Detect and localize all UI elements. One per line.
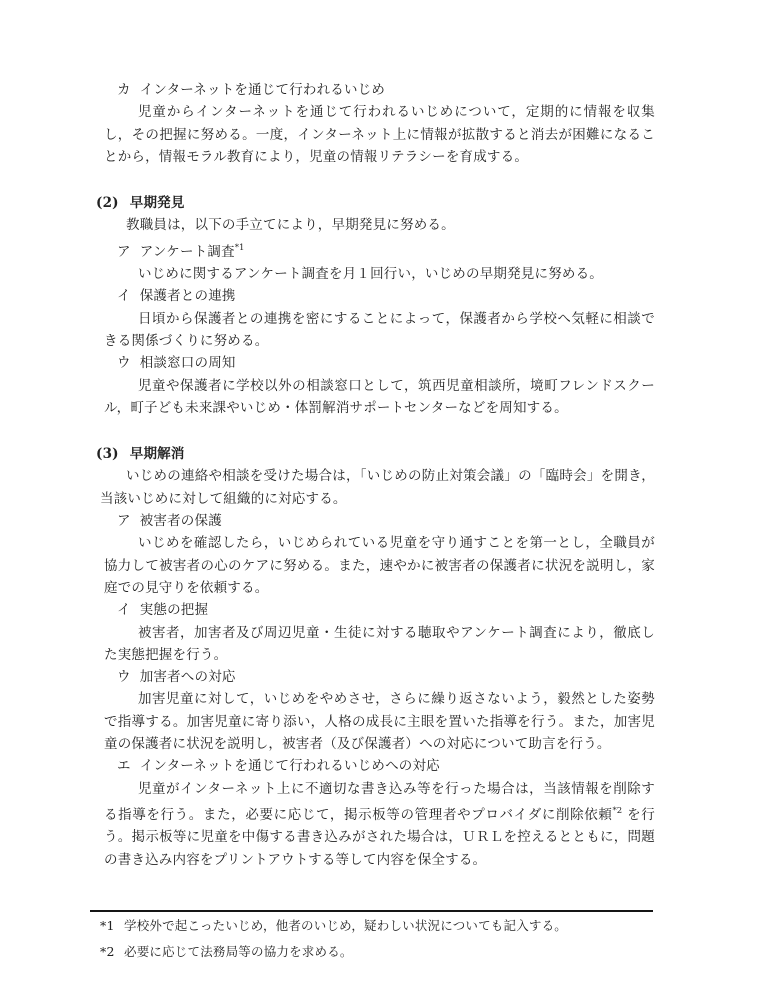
item-label: イ [117, 285, 131, 307]
item-label: イ [117, 599, 131, 621]
item-a-paragraph: いじめに関するアンケート調査を月１回行い，いじめの早期発見に努める。 [104, 263, 655, 285]
item-title: インターネットを通じて行われるいじめへの対応 [140, 758, 440, 774]
section-title: 早期解消 [130, 446, 185, 462]
footnote-2: *2必要に応じて法務局等の協力を求める。 [100, 939, 645, 965]
item-label: カ [117, 79, 131, 101]
item-u-paragraph: 加害児童に対して，いじめをやめさせ，さらに繰り返さないよう，毅然とした姿勢で指導… [104, 688, 655, 755]
footnotes: *1学校外で起こったいじめ，他者のいじめ，疑わしい状況についても記入する。 *2… [100, 913, 645, 965]
section-2: (2)早期発見 教職員は，以下の手立てにより，早期発見に努める。 アアンケート調… [96, 192, 655, 419]
section-3-intro: いじめの連絡や相談を受けた場合は，「いじめの防止対策会議」の「臨時会」を開き，当… [100, 465, 655, 510]
footnote-marker: *1 [100, 913, 124, 939]
section-2-intro: 教職員は，以下の手立てにより，早期発見に努める。 [100, 214, 655, 236]
section-number: (2) [96, 192, 119, 214]
item-i-paragraph: 日頃から保護者との連携を密にすることによって，保護者から学校へ気軽に相談できる関… [104, 308, 655, 353]
footnote-ref-2: *2 [613, 806, 623, 816]
item-a-heading: アアンケート調査*1 [117, 237, 655, 263]
document-page: カインターネットを通じて行われるいじめ 児童からインターネットを通じて行われるい… [0, 0, 760, 990]
footnote-ref-1: *1 [235, 243, 245, 253]
item-label: ウ [117, 352, 131, 374]
item-e-paragraph: 児童がインターネット上に不適切な書き込み等を行った場合は，当該情報を削除する指導… [104, 778, 655, 871]
item-a-heading: ア被害者の保護 [117, 510, 655, 532]
footnote-1: *1学校外で起こったいじめ，他者のいじめ，疑わしい状況についても記入する。 [100, 913, 645, 939]
item-title: 被害者の保護 [140, 513, 222, 529]
section-title: 早期発見 [130, 195, 185, 211]
item-e-heading: エインターネットを通じて行われるいじめへの対応 [117, 755, 655, 777]
item-u-heading: ウ加害者への対応 [117, 666, 655, 688]
item-title: アンケート調査 [140, 244, 235, 260]
item-label: ア [117, 510, 131, 532]
item-label: エ [117, 755, 131, 777]
item-ka-heading: カインターネットを通じて行われるいじめ [117, 79, 655, 101]
item-i-heading: イ保護者との連携 [117, 285, 655, 307]
footnote-text: 学校外で起こったいじめ，他者のいじめ，疑わしい状況についても記入する。 [124, 918, 567, 933]
section-number: (3) [96, 443, 119, 465]
item-title: 保護者との連携 [140, 288, 236, 304]
item-u-heading: ウ相談窓口の周知 [117, 352, 655, 374]
item-i-heading: イ実態の把握 [117, 599, 655, 621]
item-i-paragraph: 被害者，加害者及び周辺児童・生徒に対する聴取やアンケート調査により，徹底した実態… [104, 622, 655, 667]
footnote-separator-rule [90, 910, 653, 912]
item-u-paragraph: 児童や保護者に学校以外の相談窓口として，筑西児童相談所，境町フレンドスクール，町… [104, 375, 655, 420]
document-body: カインターネットを通じて行われるいじめ 児童からインターネットを通じて行われるい… [96, 79, 655, 871]
footnote-marker: *2 [100, 939, 124, 965]
item-label: ア [117, 241, 131, 263]
item-title: 加害者への対応 [140, 669, 236, 685]
section-2-heading: (2)早期発見 [96, 192, 655, 214]
footnote-text: 必要に応じて法務局等の協力を求める。 [124, 944, 353, 959]
item-ka-paragraph: 児童からインターネットを通じて行われるいじめについて，定期的に情報を収集し，その… [104, 101, 655, 168]
item-title: インターネットを通じて行われるいじめ [140, 82, 385, 98]
section-3: (3)早期解消 いじめの連絡や相談を受けた場合は，「いじめの防止対策会議」の「臨… [96, 443, 655, 871]
item-title: 相談窓口の周知 [140, 355, 236, 371]
item-title: 実態の把握 [140, 602, 209, 618]
item-a-paragraph: いじめを確認したら，いじめられている児童を守り通すことを第一とし，全職員が協力し… [104, 532, 655, 599]
item-label: ウ [117, 666, 131, 688]
section-3-heading: (3)早期解消 [96, 443, 655, 465]
paragraph-text: 児童がインターネット上に不適切な書き込み等を行った場合は，当該情報を削除する指導… [104, 781, 655, 823]
